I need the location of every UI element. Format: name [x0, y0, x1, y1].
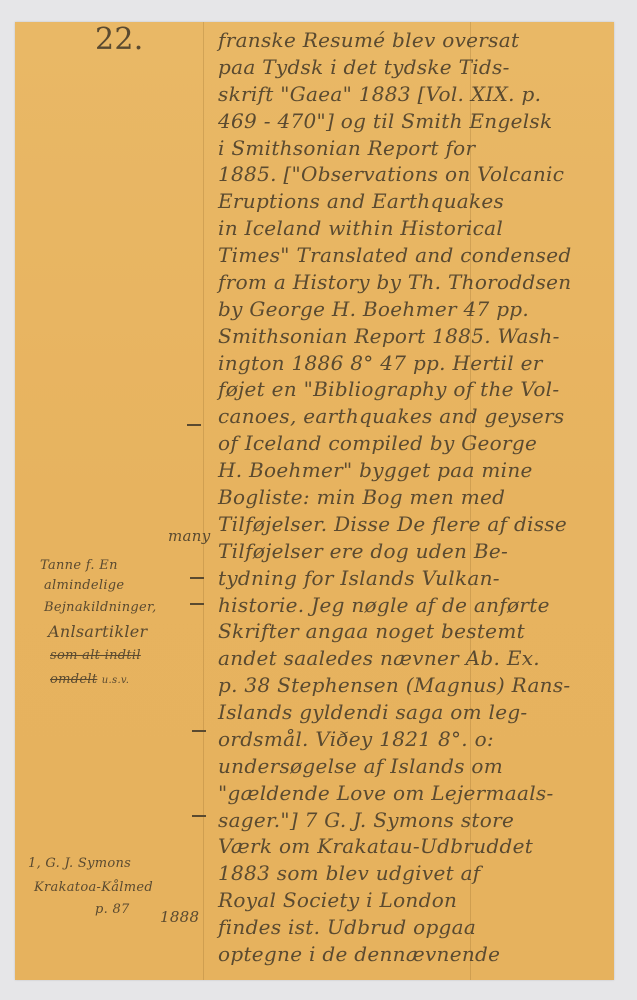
margin-note-1-line-1: Tanne f. En [40, 558, 118, 573]
manuscript-line: føjet en "Bibliography of the Vol- [218, 377, 559, 401]
manuscript-line: Værk om Krakatau-Udbruddet [218, 834, 533, 858]
manuscript-line: Tilføjelser. Disse De flere af disse [218, 512, 567, 536]
margin-dash [190, 577, 204, 579]
margin-note-1-line-4: Anlsartikler [48, 622, 147, 641]
manuscript-line: p. 38 Stephensen (Magnus) Rans- [218, 673, 570, 697]
margin-note-1-etc: u.s.v. [102, 675, 129, 686]
margin-dash [192, 730, 206, 732]
manuscript-line: i Smithsonian Report for [218, 136, 475, 160]
manuscript-line: in Iceland within Historical [218, 216, 503, 240]
margin-note-many: many [168, 527, 211, 545]
manuscript-line: ordsmål. Viðey 1821 8°. o: [218, 727, 494, 751]
margin-dash [192, 815, 206, 817]
manuscript-line: of Iceland compiled by George [218, 431, 537, 455]
margin-note-1-line-2: almindelige [44, 578, 124, 593]
manuscript-line: 469 - 470"] og til Smith Engelsk [218, 109, 552, 133]
margin-note-2-line-2: Krakatoa-Kålmed [34, 880, 153, 895]
margin-note-1-line-5: som alt indtil [50, 648, 141, 663]
manuscript-line: sager."] 7 G. J. Symons store [218, 808, 514, 832]
manuscript-line: "gældende Love om Lejermaals- [218, 781, 554, 805]
manuscript-line: tydning for Islands Vulkan- [218, 566, 500, 590]
manuscript-line: from a History by Th. Thoroddsen [218, 270, 571, 294]
manuscript-line: by George H. Boehmer 47 pp. [218, 297, 529, 321]
margin-note-2-line-3: p. 87 [95, 902, 130, 917]
margin-note-1-line-3: Bejnakildninger, [44, 600, 157, 615]
manuscript-line: Bogliste: min Bog men med [218, 485, 505, 509]
margin-note-2-line-1: 1, G. J. Symons [28, 856, 131, 871]
manuscript-line: ington 1886 8° 47 pp. Hertil er [218, 351, 543, 375]
manuscript-line: andet saaledes nævner Ab. Ex. [218, 646, 540, 670]
manuscript-line: Royal Society i London [218, 888, 457, 912]
manuscript-line: 1883 som blev udgivet af [218, 861, 481, 885]
manuscript-line: 1885. ["Observations on Volcanic [218, 162, 564, 186]
margin-dash [190, 603, 204, 605]
manuscript-line: undersøgelse af Islands om [218, 754, 503, 778]
manuscript-line: H. Boehmer" bygget paa mine [218, 458, 533, 482]
manuscript-line: skrift "Gaea" 1883 [Vol. XIX. p. [218, 82, 541, 106]
manuscript-line: franske Resumé blev oversat [218, 28, 519, 52]
manuscript-line: findes ist. Udbrud opgaa [218, 915, 476, 939]
manuscript-line: optegne i de dennævnende [218, 942, 500, 966]
margin-note-1-line-6: omdelt [50, 672, 97, 687]
fold-line-left [203, 22, 204, 980]
manuscript-line: Skrifter angaa noget bestemt [218, 619, 525, 643]
manuscript-line: paa Tydsk i det tydske Tids- [218, 55, 510, 79]
manuscript-line: historie. Jeg nøgle af de anførte [218, 593, 550, 617]
margin-year-1888: 1888 [160, 908, 199, 926]
manuscript-line: Tilføjelser ere dog uden Be- [218, 539, 508, 563]
manuscript-line: canoes, earthquakes and geysers [218, 404, 564, 428]
manuscript-line: Times" Translated and condensed [218, 243, 572, 267]
manuscript-line: Eruptions and Earthquakes [218, 189, 504, 213]
margin-dash [187, 424, 201, 426]
manuscript-line: Smithsonian Report 1885. Wash- [218, 324, 560, 348]
manuscript-line: Islands gyldendi saga om leg- [218, 700, 528, 724]
page-number: 22. [95, 22, 144, 57]
